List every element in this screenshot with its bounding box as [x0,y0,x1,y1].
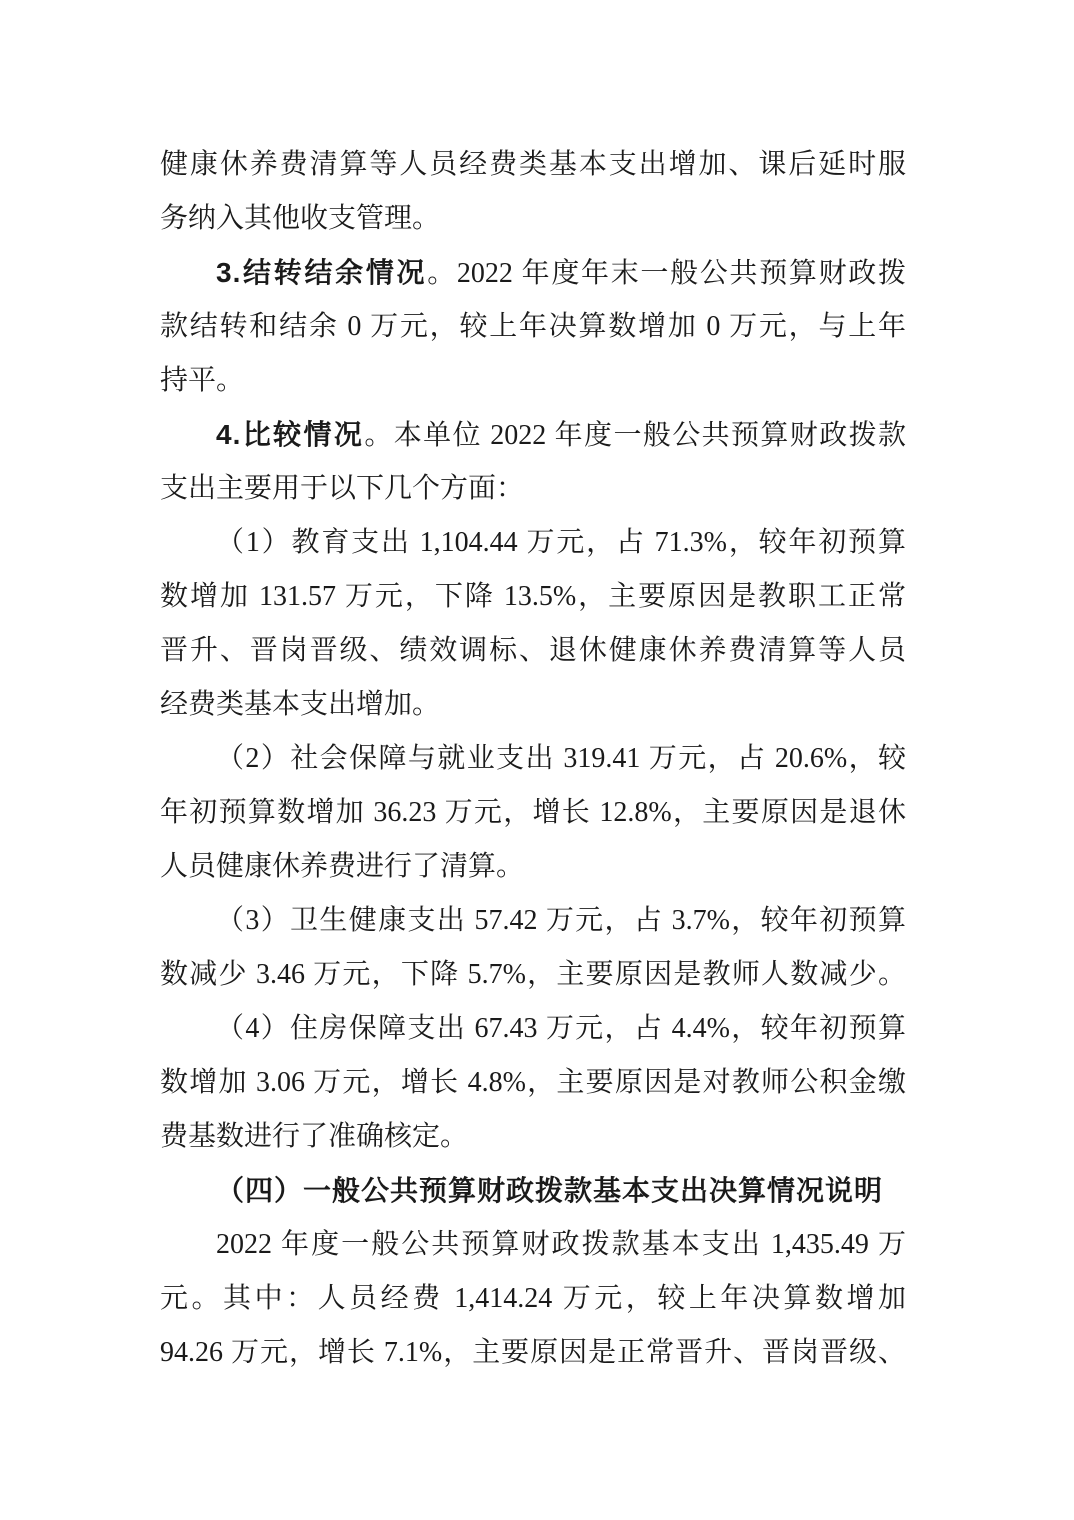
text-line: （3）卫生健康支出 57.42 万元，占 3.7%，较年初预算 [160,894,906,948]
text-line: 数减少 3.46 万元，下降 5.7%，主要原因是教师人数减少。 [160,948,906,1002]
text-line: （2）社会保障与就业支出 319.41 万元，占 20.6%，较 [160,732,906,786]
text-run: 健康休养费清算等人员经费类基本支出增加、课后延时服 [160,149,906,180]
text-line: 款结转和结余 0 万元，较上年决算数增加 0 万元，与上年 [160,300,906,354]
text-run: 数增加 131.57 万元，下降 13.5%，主要原因是教职工正常 [160,581,906,612]
text-run: 经费类基本支出增加。 [160,689,440,720]
text-run: 费基数进行了准确核定。 [160,1121,468,1152]
text-line: （1）教育支出 1,104.44 万元，占 71.3%，较年初预算 [160,516,906,570]
bold-run: 3.结转结余情况 [216,257,427,288]
text-line: 数增加 131.57 万元，下降 13.5%，主要原因是教职工正常 [160,570,906,624]
text-run: 数减少 3.46 万元，下降 5.7%，主要原因是教师人数减少。 [160,959,906,990]
text-run: 。本单位 2022 年度一般公共预算财政拨款 [364,420,906,451]
text-block: 健康休养费清算等人员经费类基本支出增加、课后延时服务纳入其他收支管理。3.结转结… [160,138,906,1380]
text-line: 94.26 万元，增长 7.1%，主要原因是正常晋升、晋岗晋级、 [160,1326,906,1380]
text-line: 经费类基本支出增加。 [160,678,906,732]
text-line: 3.结转结余情况。2022 年度年末一般公共预算财政拨 [160,246,906,300]
text-line: 持平。 [160,354,906,408]
document-page: 健康休养费清算等人员经费类基本支出增加、课后延时服务纳入其他收支管理。3.结转结… [0,0,1074,1520]
text-run: 。2022 年度年末一般公共预算财政拨 [427,258,906,289]
text-run: 年初预算数增加 36.23 万元，增长 12.8%，主要原因是退休 [160,797,906,828]
bold-run: 4.比较情况 [216,419,364,450]
text-line: 支出主要用于以下几个方面： [160,462,906,516]
text-line: 务纳入其他收支管理。 [160,192,906,246]
text-run: （1）教育支出 1,104.44 万元，占 71.3%，较年初预算 [216,527,906,558]
text-run: 晋升、晋岗晋级、绩效调标、退休健康休养费清算等人员 [160,635,906,666]
text-line: 晋升、晋岗晋级、绩效调标、退休健康休养费清算等人员 [160,624,906,678]
bold-run: （四）一般公共预算财政拨款基本支出决算情况说明 [216,1175,883,1206]
text-run: 款结转和结余 0 万元，较上年决算数增加 0 万元，与上年 [160,311,906,342]
text-run: 元。其中：人员经费 1,414.24 万元，较上年决算数增加 [160,1283,906,1314]
text-run: 务纳入其他收支管理。 [160,203,440,234]
text-run: （4）住房保障支出 67.43 万元，占 4.4%，较年初预算 [216,1013,906,1044]
text-run: 2022 年度一般公共预算财政拨款基本支出 1,435.49 万 [216,1229,906,1260]
text-line: 年初预算数增加 36.23 万元，增长 12.8%，主要原因是退休 [160,786,906,840]
text-run: 持平。 [160,365,244,396]
text-line: 健康休养费清算等人员经费类基本支出增加、课后延时服 [160,138,906,192]
text-line: 数增加 3.06 万元，增长 4.8%，主要原因是对教师公积金缴 [160,1056,906,1110]
text-run: 人员健康休养费进行了清算。 [160,851,524,882]
text-line: 4.比较情况。本单位 2022 年度一般公共预算财政拨款 [160,408,906,462]
text-line: 2022 年度一般公共预算财政拨款基本支出 1,435.49 万 [160,1218,906,1272]
text-line: 人员健康休养费进行了清算。 [160,840,906,894]
text-line: （四）一般公共预算财政拨款基本支出决算情况说明 [160,1164,906,1218]
text-run: 支出主要用于以下几个方面： [160,473,524,504]
text-run: 94.26 万元，增长 7.1%，主要原因是正常晋升、晋岗晋级、 [160,1337,906,1368]
text-run: （3）卫生健康支出 57.42 万元，占 3.7%，较年初预算 [216,905,906,936]
text-line: （4）住房保障支出 67.43 万元，占 4.4%，较年初预算 [160,1002,906,1056]
text-run: （2）社会保障与就业支出 319.41 万元，占 20.6%，较 [216,743,906,774]
text-line: 费基数进行了准确核定。 [160,1110,906,1164]
text-run: 数增加 3.06 万元，增长 4.8%，主要原因是对教师公积金缴 [160,1067,906,1098]
text-line: 元。其中：人员经费 1,414.24 万元，较上年决算数增加 [160,1272,906,1326]
